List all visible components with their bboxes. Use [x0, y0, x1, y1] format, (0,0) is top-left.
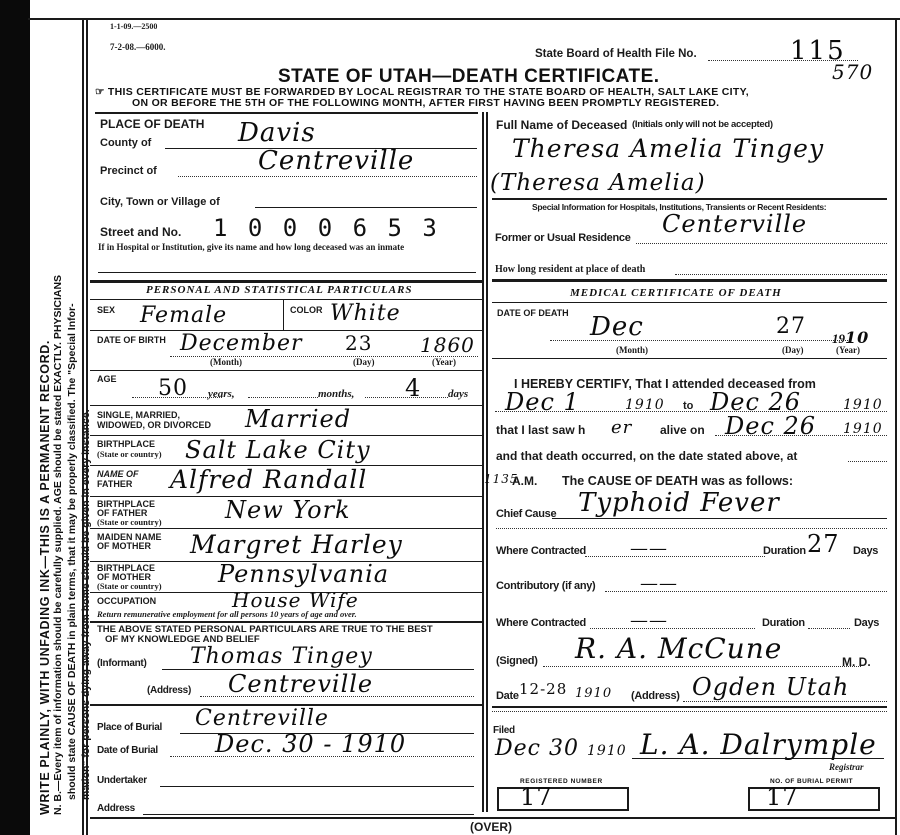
informant-address-label: (Address) — [147, 685, 191, 696]
city-label: City, Town or Village of — [100, 196, 220, 208]
registered-number-value[interactable]: 17 — [520, 783, 553, 811]
alive-on-value[interactable]: Dec 26 — [725, 412, 816, 440]
dob-day[interactable]: 23 — [345, 331, 372, 355]
file-no-secondary: 570 — [832, 60, 873, 84]
father-label-2: FATHER — [97, 479, 132, 489]
burial-date-label: Date of Burial — [97, 745, 158, 756]
chief-cause-label: Chief Cause — [496, 508, 556, 520]
chief-cause-value[interactable]: Typhoid Fever — [578, 488, 780, 518]
chief-cause-line — [552, 518, 887, 519]
divider — [90, 299, 482, 300]
file-no-label: State Board of Health File No. — [535, 48, 697, 60]
residence-line — [636, 243, 887, 244]
signed-value[interactable]: R. A. McCune — [575, 632, 782, 665]
residence-value[interactable]: Centerville — [662, 210, 807, 238]
undertaker-address-label: Address — [97, 803, 135, 814]
deceased-name-label: Full Name of Deceased — [496, 118, 627, 132]
mother-bp-value[interactable]: Pennsylvania — [218, 560, 389, 588]
occupation-label: OCCUPATION — [97, 596, 156, 606]
years-caption: years, — [208, 388, 235, 400]
where-contracted2-line — [590, 628, 755, 629]
deceased-name-alt[interactable]: (Theresa Amelia) — [490, 170, 706, 196]
filed-year[interactable]: 1910 — [587, 743, 627, 759]
signed-date-label: Date — [496, 690, 519, 702]
dob-day-caption: (Day) — [353, 357, 375, 367]
father-value[interactable]: Alfred Randall — [170, 465, 367, 494]
duration2-label: Duration — [762, 617, 805, 629]
section-divider — [90, 280, 482, 283]
birthplace-label-2: (State or country) — [97, 449, 162, 459]
occupation-note: Return remunerative employment for all p… — [97, 609, 357, 619]
residence-label: Former or Usual Residence — [495, 232, 631, 244]
filed-label: Filed — [493, 725, 515, 736]
age-months-line — [248, 397, 318, 398]
dod-day-caption: (Day) — [782, 345, 804, 355]
margin-line-1: WRITE PLAINLY, WITH UNFADING INK—THIS IS… — [38, 340, 52, 815]
days-label: Days — [853, 545, 878, 557]
dod-label: DATE OF DEATH — [497, 308, 569, 318]
informant-address-value[interactable]: Centreville — [228, 670, 373, 698]
registrar-value[interactable]: L. A. Dalrymple — [640, 728, 877, 761]
last-saw-label: that I last saw h — [496, 423, 585, 437]
divider — [90, 621, 482, 623]
divider — [492, 198, 887, 200]
mother-bp-label-3: (State or country) — [97, 581, 162, 591]
column-divider-inner — [486, 112, 488, 812]
birthplace-label-1: BIRTHPLACE — [97, 439, 155, 449]
informant-value[interactable]: Thomas Tingey — [190, 644, 373, 669]
left-border — [82, 18, 84, 835]
chief-cause-line-2 — [496, 528, 887, 529]
color-value[interactable]: White — [330, 301, 401, 326]
color-label: COLOR — [290, 305, 323, 315]
time-suffix: A.M. — [512, 474, 537, 488]
undertaker-line — [160, 786, 474, 787]
place-of-death-heading: PLACE OF DEATH — [100, 117, 204, 131]
medical-heading: MEDICAL CERTIFICATE OF DEATH — [570, 287, 782, 299]
father-bp-label-3: (State or country) — [97, 517, 162, 527]
days-caption: days — [448, 388, 468, 400]
md-label: M. D. — [842, 655, 871, 669]
form-code-top: 1-1-09.—2500 — [110, 22, 157, 31]
dob-label: DATE OF BIRTH — [97, 335, 166, 345]
divider-dotted — [492, 711, 887, 712]
registered-number-box — [497, 787, 629, 811]
father-label-1: NAME OF — [97, 469, 139, 479]
dob-month-caption: (Month) — [210, 357, 242, 367]
duration-value[interactable]: 27 — [807, 530, 840, 558]
contributory-value[interactable]: —— — [640, 573, 678, 594]
city-line — [255, 207, 477, 208]
dod-year-caption: (Year) — [836, 345, 860, 355]
deceased-name-value[interactable]: Theresa Amelia Tingey — [512, 134, 824, 163]
divider — [90, 528, 482, 529]
dod-day[interactable]: 27 — [776, 314, 806, 339]
signed-line — [543, 666, 861, 667]
county-label: County of — [100, 137, 151, 149]
form-code-second: 7-2-08.—6000. — [110, 42, 166, 52]
age-years[interactable]: 50 — [158, 376, 188, 401]
signed-label: (Signed) — [496, 655, 538, 667]
personal-heading: PERSONAL AND STATISTICAL PARTICULARS — [146, 284, 413, 296]
hospital-line — [98, 272, 476, 273]
undertaker-label: Undertaker — [97, 775, 147, 786]
divider — [492, 706, 887, 708]
physician-address-value[interactable]: Ogden Utah — [692, 673, 849, 701]
dod-month[interactable]: Dec — [590, 312, 644, 342]
sex-value[interactable]: Female — [140, 303, 227, 328]
divider — [492, 358, 887, 359]
how-long-label: How long resident at place of death — [495, 264, 645, 275]
deceased-name-note: (Initials only will not be accepted) — [632, 119, 773, 130]
divider — [95, 112, 478, 114]
where-contracted-label: Where Contracted — [496, 545, 586, 557]
burial-date-value[interactable]: Dec. 30 - 1910 — [215, 730, 406, 758]
to-label: to — [683, 400, 693, 412]
marital-label-2: WIDOWED, OR DIVORCED — [97, 420, 211, 430]
occurred-line — [848, 461, 887, 462]
physician-address-label: (Address) — [631, 690, 680, 702]
precinct-label: Precinct of — [100, 165, 157, 177]
where-contracted2-label: Where Contracted — [496, 617, 586, 629]
certificate-title: STATE OF UTAH—DEATH CERTIFICATE. — [278, 66, 660, 88]
hospital-note: If in Hospital or Institution, give its … — [98, 242, 404, 252]
dob-year-caption: (Year) — [432, 357, 456, 367]
sex-label: SEX — [97, 305, 115, 315]
age-days[interactable]: 4 — [405, 374, 421, 402]
burial-place-value[interactable]: Centreville — [195, 706, 329, 731]
occurred-text: and that death occurred, on the date sta… — [496, 449, 797, 463]
mother-value[interactable]: Margret Harley — [190, 530, 403, 559]
divider — [492, 302, 887, 303]
scan-edge — [0, 0, 30, 835]
top-border — [28, 18, 900, 20]
marital-value[interactable]: Married — [245, 405, 351, 433]
margin-instructions: WRITE PLAINLY, WITH UNFADING INK—THIS IS… — [30, 0, 85, 835]
filed-value[interactable]: Dec 30 — [495, 736, 579, 761]
alive-on-year[interactable]: 1910 — [843, 421, 883, 437]
section-divider — [492, 279, 887, 282]
months-caption: months, — [318, 388, 354, 400]
where-contracted2-value[interactable]: —— — [630, 610, 668, 631]
sex-color-divider — [283, 300, 284, 330]
attended-from-year[interactable]: 1910 — [625, 397, 665, 413]
county-value[interactable]: Davis — [238, 118, 316, 148]
signed-date-value[interactable]: 12-28 — [519, 680, 567, 698]
burial-place-label: Place of Burial — [97, 722, 162, 733]
divider — [90, 370, 482, 371]
father-bp-value[interactable]: New York — [225, 496, 351, 524]
bottom-border — [90, 817, 895, 819]
duration-label: Duration — [763, 545, 806, 557]
over-label: (OVER) — [470, 820, 512, 834]
registrar-label: Registrar — [829, 762, 864, 772]
marital-label-1: SINGLE, MARRIED, — [97, 410, 180, 420]
dob-month[interactable]: December — [180, 331, 302, 356]
burial-permit-value[interactable]: 17 — [766, 783, 799, 811]
margin-line-3: should state CAUSE OF DEATH in plain ter… — [66, 303, 78, 800]
column-divider — [482, 112, 484, 812]
street-label: Street and No. — [100, 225, 181, 239]
mother-label-2: OF MOTHER — [97, 541, 151, 551]
dod-year-prefix: 19 — [832, 331, 845, 346]
physician-address-line — [683, 701, 887, 702]
attended-to-year[interactable]: 1910 — [843, 397, 883, 413]
where-contracted-line — [585, 556, 765, 557]
informant-label: (Informant) — [97, 658, 146, 669]
age-label: AGE — [97, 374, 117, 384]
precinct-line — [178, 176, 477, 177]
duration2-line — [808, 628, 850, 629]
undertaker-address-line — [143, 814, 474, 815]
signed-date-year[interactable]: 1910 — [575, 686, 612, 701]
instruction-line-2: ON OR BEFORE THE 5TH OF THE FOLLOWING MO… — [132, 97, 719, 109]
birthplace-value[interactable]: Salt Lake City — [185, 436, 371, 464]
days2-label: Days — [854, 617, 879, 629]
contributory-label: Contributory (if any) — [496, 580, 595, 592]
attended-from[interactable]: Dec 1 — [505, 388, 580, 416]
alive-on-label: alive on — [660, 423, 705, 437]
precinct-value[interactable]: Centreville — [258, 146, 414, 176]
margin-line-2: N. B.—Every item of information should b… — [52, 275, 64, 815]
cause-text: The CAUSE OF DEATH was as follows: — [562, 474, 793, 488]
last-saw-suffix[interactable]: er — [611, 417, 632, 438]
how-long-line — [675, 274, 887, 275]
dob-year[interactable]: 1860 — [420, 333, 475, 357]
where-contracted-value[interactable]: —— — [630, 538, 668, 559]
left-border-inner — [86, 18, 88, 835]
dod-month-caption: (Month) — [616, 345, 648, 355]
right-border — [895, 18, 897, 835]
street-value[interactable]: 1 0 0 0 6 5 3 — [213, 214, 440, 242]
